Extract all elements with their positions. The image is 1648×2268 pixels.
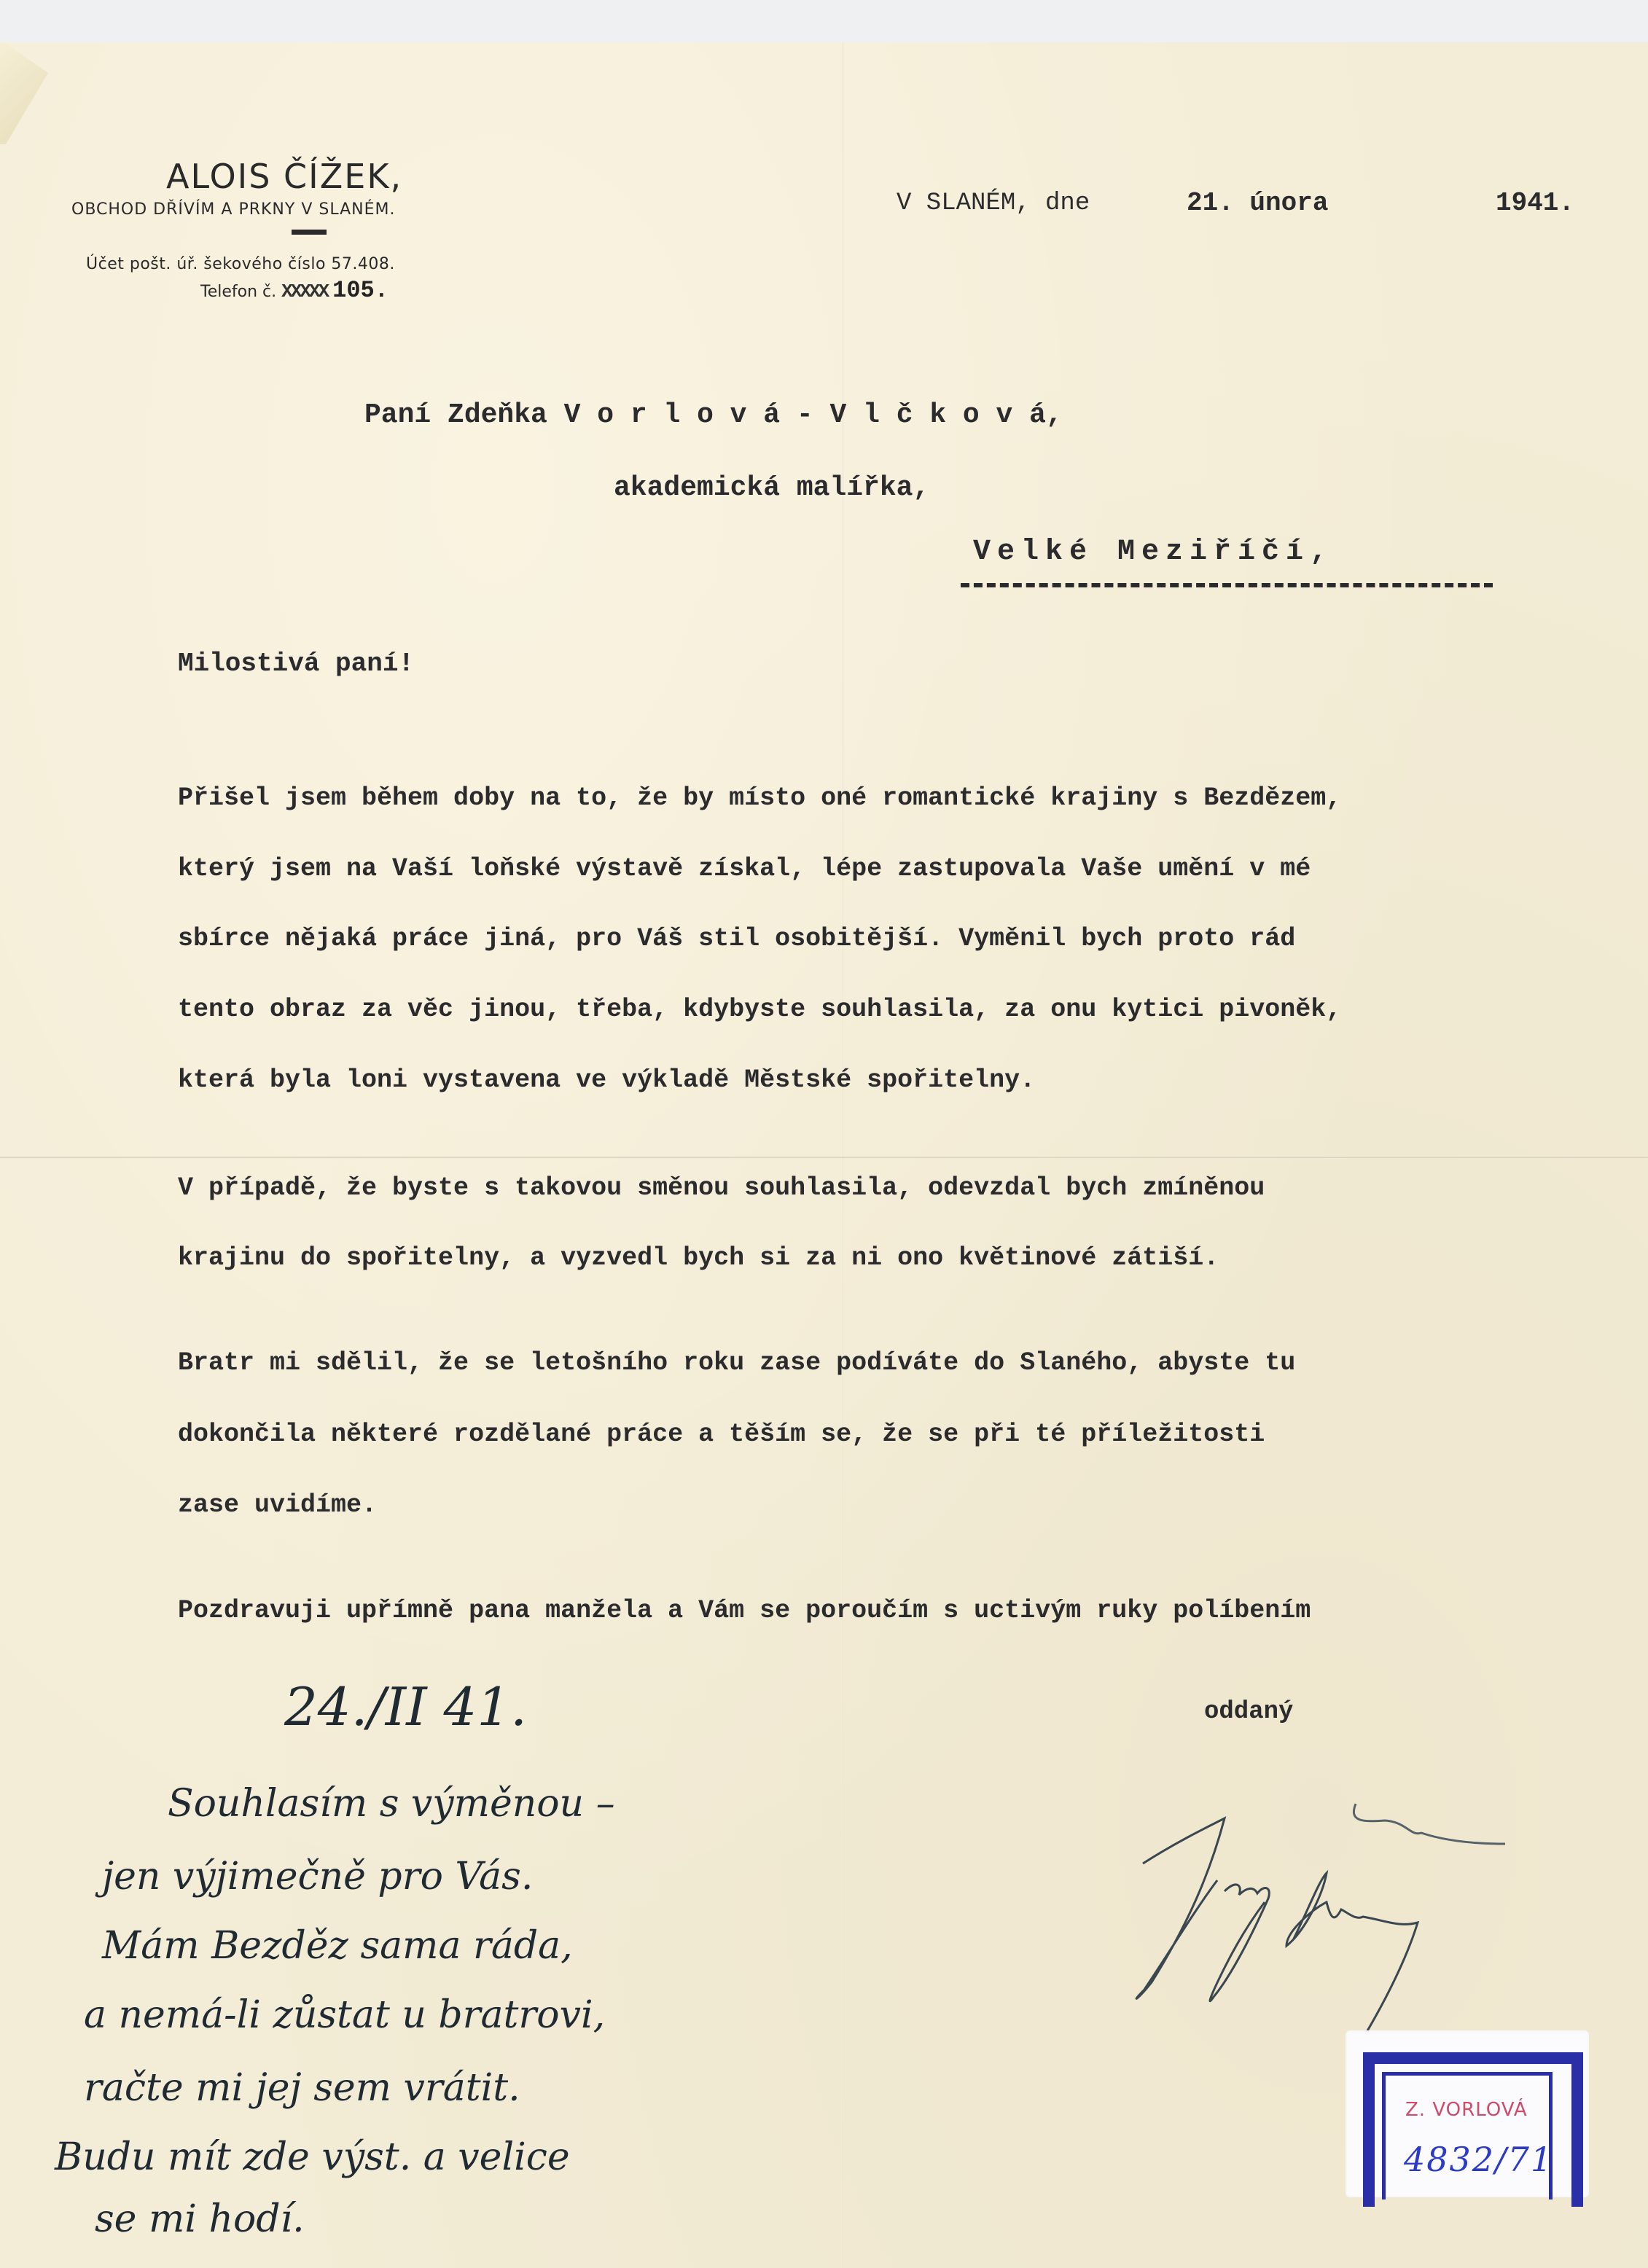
postal-account: Účet pošt. úř. šekového číslo 57.408. [86,255,395,273]
recipient-title: akademická malířka, [614,472,929,504]
body-line: Přišel jsem během doby na to, že by míst… [178,783,1341,813]
body-line: V případě, že byste s takovou směnou sou… [178,1173,1265,1203]
phone-line: Telefon č. XXXXX 105. [200,277,388,304]
archive-label-inner-border [1382,2072,1553,2199]
closing: oddaný [1204,1698,1293,1726]
body-line: zase uvidíme. [178,1490,377,1520]
body-line: Bratr mi sdělil, že se letošního roku za… [178,1348,1295,1377]
folded-corner [0,42,48,144]
handwritten-line: se mi hodí. [95,2197,305,2241]
handwritten-line: Souhlasím s výměnou – [168,1782,615,1826]
body-line: Pozdravuji upřímně pana manžela a Vám se… [178,1596,1311,1625]
handwritten-line: Budu mít zde výst. a velice [55,2135,570,2179]
archive-label: Z. VORLOVÁ 4832/71 [1347,2032,1588,2196]
body-line: který jsem na Vaší loňské výstavě získal… [178,854,1311,883]
phone-number: 105. [332,277,388,304]
body-line: sbírce nějaká práce jiná, pro Váš stil o… [178,924,1295,953]
signature [1108,1764,1516,2055]
archive-label-name: Z. VORLOVÁ [1405,2099,1528,2121]
handwritten-line: Mám Bezděz sama ráda, [102,1924,573,1968]
horizontal-fold-crease [0,1156,1648,1159]
date-place: V SLANÉM, dne [897,189,1090,217]
salutation: Milostivá paní! [178,649,414,679]
body-line: která byla loni vystavena ve výkladě Měs… [178,1065,1035,1095]
handwritten-line: račte mi jej sem vrátit. [84,2066,520,2110]
letterhead-divider [292,230,327,235]
phone-label: Telefon č. [200,283,276,301]
archive-label-number: 4832/71 [1404,2140,1553,2179]
recipient-name: Paní Zdeňka V o r l o v á - V l č k o v … [364,399,1063,431]
company-trade: OBCHOD DŘÍVÍM A PRKNY V SLANÉM. [71,200,395,219]
phone-struck-out: XXXXX [281,281,327,302]
recipient-city: Velké Meziříčí, [973,536,1334,568]
handwritten-line: jen výjimečně pro Vás. [102,1855,533,1899]
handwritten-line: a nemá-li zůstat u bratrovi, [84,1993,605,2037]
date-year: 1941. [1496,188,1574,218]
address-underline [961,583,1493,587]
date-day-month: 21. února [1187,188,1328,218]
company-name: ALOIS ČÍŽEK, [166,157,402,196]
body-line: krajinu do spořitelny, a vyzvedl bych si… [178,1243,1219,1272]
body-line: dokončila některé rozdělané práce a těší… [178,1420,1265,1449]
vertical-fold-crease [842,42,844,2268]
body-line: tento obraz za věc jinou, třeba, kdybyst… [178,995,1341,1024]
handwritten-date: 24./II 41. [284,1676,527,1737]
